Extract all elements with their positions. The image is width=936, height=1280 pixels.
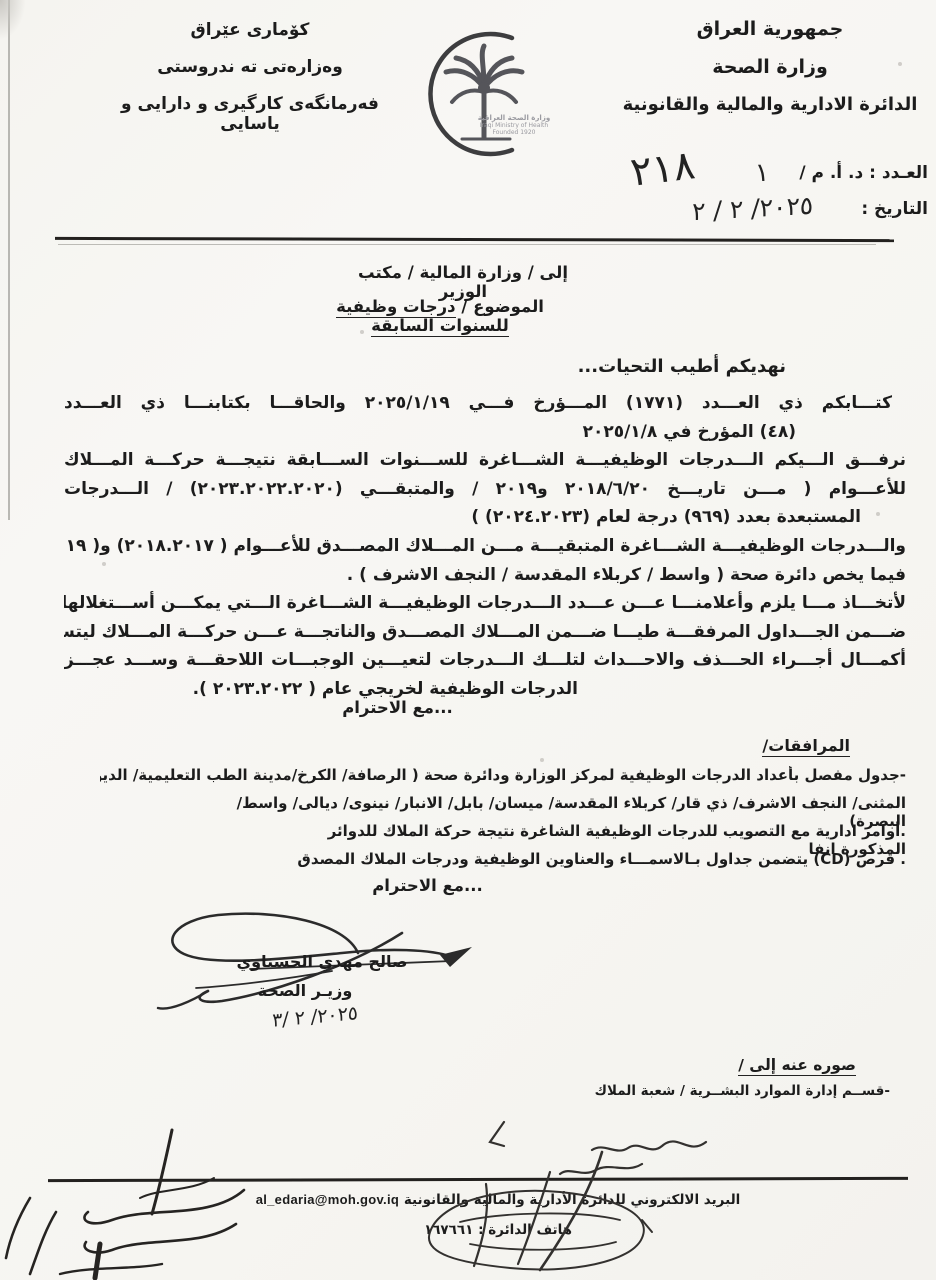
arabic-republic-line: جمهورية العراق [610, 18, 930, 40]
logo-name-arabic: وزارة الصحة العراقية [466, 114, 562, 122]
body-line: فيما يخص دائرة صحة ( واسط / كربلاء المقد… [64, 561, 906, 590]
copy-to-title: صوره عنه إلى / [738, 1056, 856, 1076]
addressee-line: إلى / وزارة المالية / مكتب الوزير [338, 263, 588, 301]
handwritten-note-and-stamp-scribble [390, 1112, 720, 1280]
header-arabic-block: جمهورية العراق وزارة الصحة الدائرة الادا… [610, 18, 930, 115]
greeting-line: نهديكم أطيب التحيات... [578, 356, 786, 377]
body-line: لأتخـــاذ مـــا يلزم وأعلامنـــا عـــن ع… [64, 589, 906, 618]
body-line: أكمـــال أجـــراء الحـــذف والاحـــداث ل… [64, 646, 906, 675]
header-divider-echo [58, 244, 876, 245]
logo-name-english: Iraqi Ministry of Health [466, 122, 562, 129]
copy-to-line: -قســم إدارة الموارد البشــرية / شعبة ال… [595, 1083, 890, 1099]
attachment-line: . قرص (CD) يتضمن جداول بـالاسمـــاء والع… [290, 850, 906, 868]
kurdish-directorate-line: فەرمانگەى كارگيرى و دارايى و ياسايى [95, 94, 405, 134]
attachments-title: المرافقات/ [762, 736, 850, 757]
logo-founded-text: Founded 1920 [466, 129, 562, 136]
reference-handwritten-part: ١ [754, 158, 770, 189]
scan-speck [540, 758, 544, 762]
closing-respect-second: ...مع الاحترام [330, 876, 525, 895]
signature-name: صالح مهدي الحسناوي [222, 952, 422, 971]
date-label: التاريخ : [861, 199, 928, 219]
signature-title: وزيـر الصحة [240, 981, 370, 1000]
body-line: ضـــمن الجـــداول المرفقـــة طيـــا ضـــ… [64, 618, 906, 647]
header-divider-line [55, 237, 894, 242]
kurdish-ministry-line: وەزارەتى تە ندروستى [95, 57, 405, 77]
body-line: المستبعدة بعدد (٩٦٩) درجة لعام (٢٠٢٤.٢٠٢… [64, 503, 906, 532]
subject-label: الموضوع / [456, 297, 544, 316]
crescent-palm-icon [398, 22, 566, 172]
reference-handwritten-number: ٢١٨ [628, 142, 698, 196]
kurdish-republic-line: كۆمارى عێراق [95, 20, 405, 40]
date-row: التاريخ : ٢٠٢٥/ ٢ / ٢ [692, 194, 928, 223]
header-kurdish-block: كۆمارى عێراق وەزارەتى تە ندروستى فەرمانگ… [95, 20, 405, 151]
body-line: والـــدرجات الوظيفيـــة الشـــاغرة المتب… [64, 532, 906, 561]
attachment-line: -جدول مفصل بأعداد الدرجات الوظيفية لمركز… [100, 766, 906, 784]
body-line: نرفـــق الـــيكم الـــدرجات الوظيفيـــة … [64, 446, 906, 475]
scanned-official-letter: كۆمارى عێراق وەزارەتى تە ندروستى فەرمانگ… [0, 0, 936, 1280]
arabic-ministry-line: وزارة الصحة [610, 56, 930, 78]
letter-body: كتـــابكم ذي العـــدد (١٧٧١) المـــؤرخ ف… [64, 389, 906, 704]
scan-edge-line [8, 0, 10, 520]
body-line: (٤٨) المؤرخ في ٢٠٢٥/١/٨ [64, 418, 906, 447]
scan-corner-smudge [0, 0, 26, 40]
closing-respect-first: ...مع الاحترام [300, 698, 495, 717]
date-handwritten: ٢٠٢٥/ ٢ / ٢ [692, 191, 814, 226]
subject-line: الموضوع / درجات وظيفية للسنوات السابقة [312, 297, 568, 335]
reference-number-label: العـدد : د. أ. م / [799, 163, 928, 183]
signature-flag-mark [440, 947, 472, 967]
bottom-left-handwriting-scribble [0, 1128, 280, 1280]
ministry-of-health-logo: وزارة الصحة العراقية Iraqi Ministry of H… [398, 22, 566, 172]
body-line: للأعـــوام ( مـــن تاريـــخ ٢٠١٨/٦/٢٠ و٢… [64, 475, 906, 504]
body-line: كتـــابكم ذي العـــدد (١٧٧١) المـــؤرخ ف… [64, 389, 906, 418]
logo-text-block: وزارة الصحة العراقية Iraqi Ministry of H… [466, 114, 562, 136]
reference-number-row: العـدد : د. أ. م / ١ ٢١٨ [631, 150, 928, 196]
arabic-department-line: الدائرة الادارية والمالية والقانونية [610, 94, 930, 115]
